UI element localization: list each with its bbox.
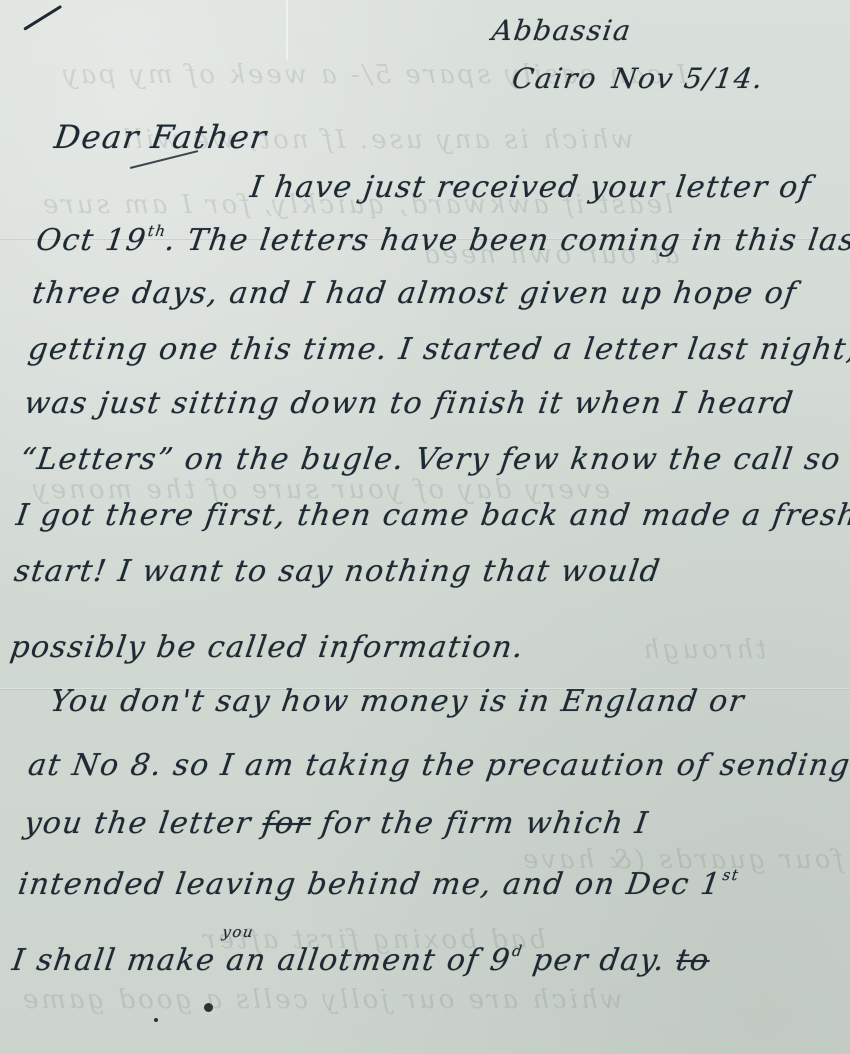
letter-date: Nov 5/14. bbox=[610, 62, 766, 95]
body-line-12: you the letter for for the firm which I bbox=[22, 806, 651, 841]
body-text: per day. bbox=[531, 943, 668, 978]
body-line-11: at No 8. so I am taking the precaution o… bbox=[26, 748, 850, 783]
bleed-through-text: which are our jolly cells a good game bbox=[20, 985, 623, 1015]
letter-page: I can easily spare 5/- a week of my pay … bbox=[0, 0, 850, 1054]
body-line-13: intended leaving behind me, and on Dec 1… bbox=[16, 866, 741, 902]
bleed-through-text: through bbox=[640, 635, 766, 665]
salutation: Dear Father bbox=[52, 118, 270, 156]
body-line-14: I shall make you an allotment of 9d per … bbox=[10, 942, 712, 978]
body-line-6: “Letters” on the bugle. Very few know th… bbox=[18, 442, 844, 477]
body-line-4: getting one this time. I started a lette… bbox=[26, 332, 850, 367]
body-line-9: possibly be called information. bbox=[8, 630, 527, 665]
fold-crease-vertical bbox=[286, 0, 288, 60]
body-text: an allotment of 9 bbox=[224, 943, 513, 978]
body-line-5: was just sitting down to finish it when … bbox=[22, 386, 796, 421]
letter-city: Cairo bbox=[510, 62, 599, 95]
ink-blot bbox=[204, 1003, 213, 1012]
body-line-2: Oct 19th. The letters have been coming i… bbox=[34, 222, 850, 258]
body-text: for the firm which I bbox=[319, 806, 651, 841]
body-line-3: three days, and I had almost given up ho… bbox=[30, 276, 799, 311]
ink-blot bbox=[154, 1018, 158, 1022]
body-text: I shall make bbox=[10, 943, 218, 978]
body-text: you the letter bbox=[22, 806, 254, 841]
body-text: intended leaving behind me, and on Dec 1 bbox=[16, 867, 724, 902]
body-text: . The letters have been coming in this l… bbox=[163, 223, 850, 258]
body-line-10: You don't say how money is in England or bbox=[48, 684, 747, 719]
date-ref: Oct 19 bbox=[34, 223, 149, 258]
inserted-word: you bbox=[221, 923, 255, 941]
body-line-1: I have just received your letter of bbox=[248, 170, 814, 205]
struck-word: for bbox=[260, 806, 313, 841]
letter-place: Abbassia bbox=[490, 14, 634, 47]
body-line-8: start! I want to say nothing that would bbox=[12, 554, 663, 589]
struck-word: to bbox=[674, 943, 712, 978]
pen-stroke-mark bbox=[23, 5, 62, 31]
body-line-7: I got there first, then came back and ma… bbox=[14, 498, 850, 533]
pence-symbol: d bbox=[511, 942, 525, 960]
ordinal-suffix: st bbox=[721, 866, 740, 884]
